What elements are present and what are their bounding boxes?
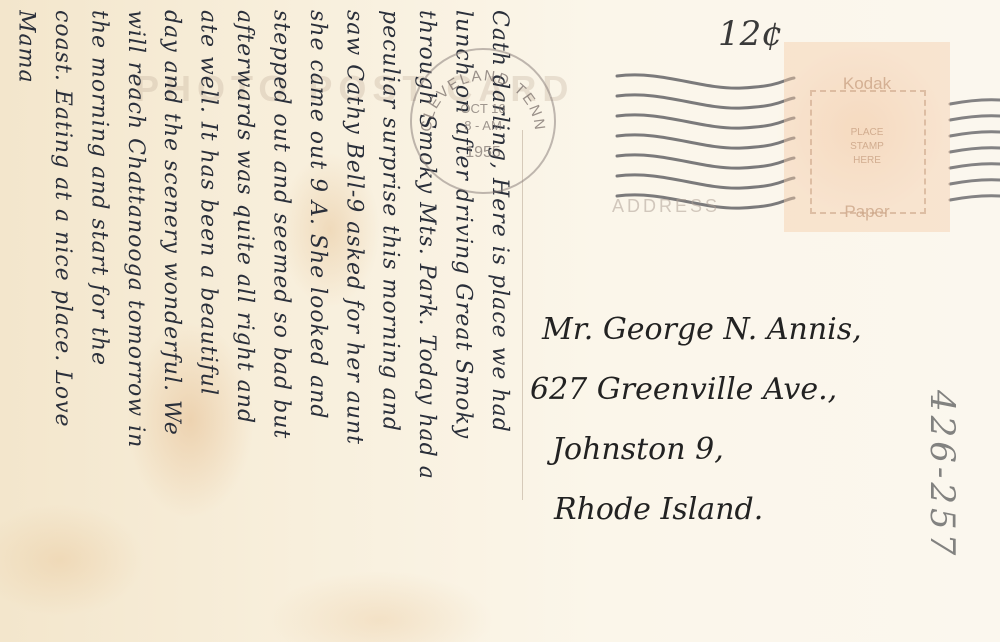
- recipient-address: Mr. George N. Annis, 627 Greenville Ave.…: [540, 300, 862, 540]
- message-line: she came out 9 A. She looked and: [299, 10, 335, 630]
- postmark-datetime: OCT 16 8 - AM 1955: [412, 100, 554, 161]
- recipient-state: Rhode Island.: [554, 480, 862, 540]
- postmark: CLEVELAND TENN OCT 16 8 - AM 1955: [410, 48, 556, 194]
- recipient-city: Johnston 9,: [552, 420, 862, 480]
- postmark-time: 8 - AM: [412, 117, 554, 134]
- message-line: saw Cathy Bell-9 asked for her aunt: [336, 10, 372, 630]
- stamp-brand-bottom: Paper: [784, 202, 950, 222]
- message-line: afterwards was quite all right and: [227, 10, 263, 630]
- address-label: ADDRESS: [612, 196, 720, 217]
- message-line: ate well. It has been a beautiful: [190, 10, 226, 630]
- message-line: peculiar surprise this morning and: [372, 10, 408, 630]
- cancellation-wavy-lines-right: [946, 95, 1000, 215]
- message-line: day and the scenery wonderful. We: [154, 10, 190, 630]
- postmark-date: OCT 16: [412, 100, 554, 117]
- cancellation-wavy-lines: [612, 66, 797, 216]
- postmark-year: 1955: [412, 144, 554, 161]
- stamp-instruction-line: HERE: [784, 154, 950, 168]
- recipient-street: 627 Greenville Ave.,: [530, 360, 862, 420]
- message-line: will reach Chattanooga tomorrow in: [117, 10, 153, 630]
- recipient-name: Mr. George N. Annis,: [542, 300, 862, 360]
- postcard-back: PHOTO POST CARD Cath darling, Here is pl…: [0, 0, 1000, 642]
- stamp-box: Kodak PLACE STAMP HERE Paper: [784, 42, 950, 232]
- stamp-instruction-line: STAMP: [784, 140, 950, 154]
- message-line: coast. Eating at a nice place. Love: [45, 10, 81, 630]
- stamp-instruction-line: PLACE: [784, 126, 950, 140]
- catalog-number: 426-257: [922, 390, 962, 559]
- message-signature: Mama: [8, 10, 44, 630]
- message-line: the morning and start for the: [81, 10, 117, 630]
- message-line: stepped out and seemed so bad but: [263, 10, 299, 630]
- stamp-instructions: PLACE STAMP HERE: [784, 126, 950, 168]
- price-note: 12¢: [718, 14, 783, 54]
